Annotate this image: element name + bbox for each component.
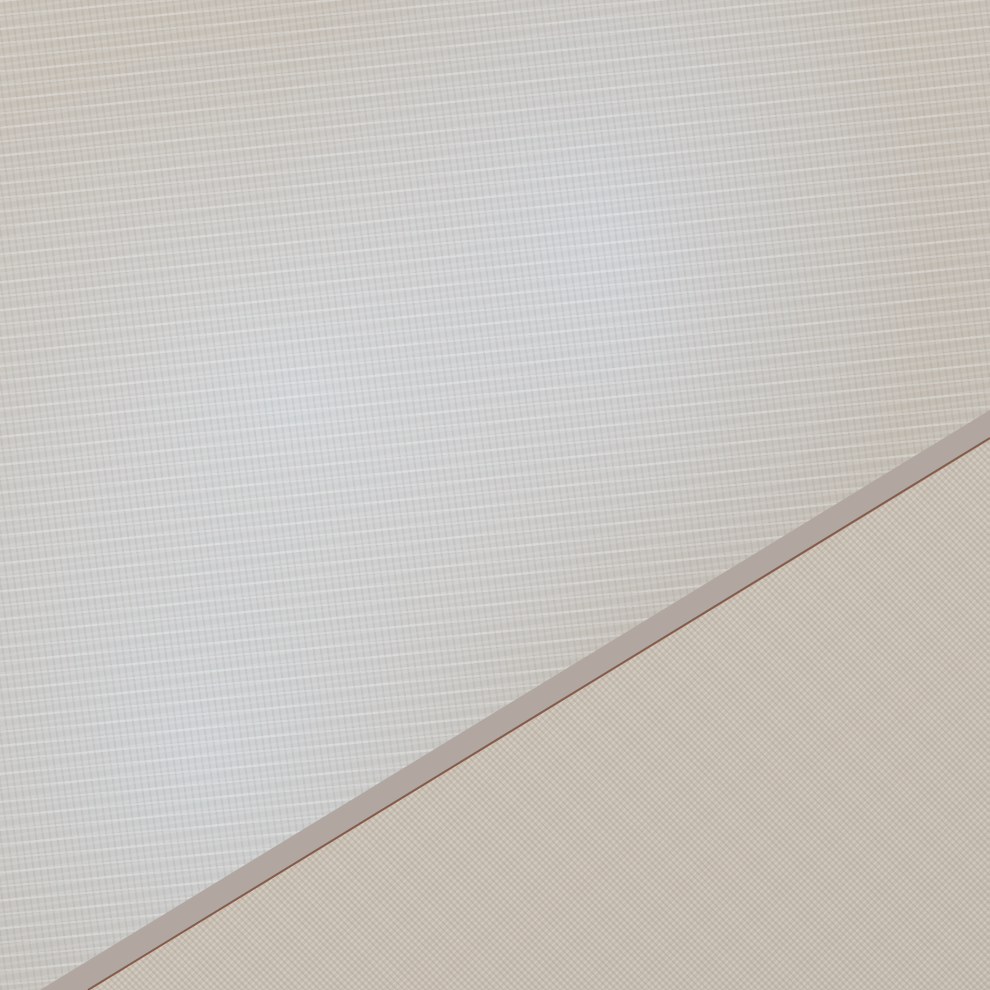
seam-line (0, 0, 990, 990)
rug-photo (0, 0, 990, 990)
